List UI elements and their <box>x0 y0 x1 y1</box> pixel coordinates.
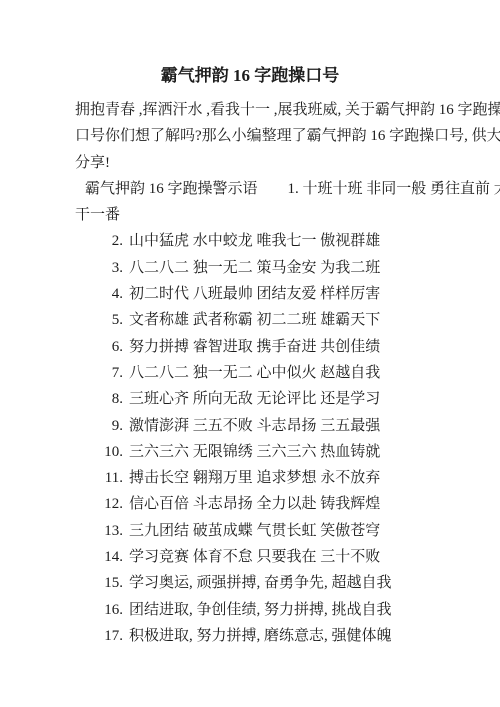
list-item-number: 8. <box>75 386 123 412</box>
list-item-number: 12. <box>75 491 123 517</box>
list-item-number: 3. <box>75 255 123 281</box>
list-item-text: 八二八二 独一无二 策马金安 为我二班 <box>123 255 380 281</box>
list-item-text: 学习奥运, 顽强拼搏, 奋勇争先, 超越自我 <box>123 570 392 596</box>
list-item-text: 八二八二 独一无二 心中似火 赵越自我 <box>123 360 380 386</box>
list-item-text: 三九团结 破茧成蝶 气贯长虹 笑傲苍穹 <box>123 518 380 544</box>
list-item-number: 16. <box>75 597 123 623</box>
list-item-text: 山中猛虎 水中蛟龙 唯我七一 傲视群雄 <box>123 228 380 254</box>
list-item-text: 三班心齐 所向无敌 无论评比 还是学习 <box>123 386 380 412</box>
list-item-number: 7. <box>75 360 123 386</box>
intro-line-3: 分享! <box>75 150 460 176</box>
list-item: 10. 三六三六 无限锦绣 三六三六 热血铸就 <box>75 439 460 465</box>
list-item: 8. 三班心齐 所向无敌 无论评比 还是学习 <box>75 386 460 412</box>
list-item-number: 13. <box>75 518 123 544</box>
list-item-text: 激情澎湃 三五不败 斗志昂扬 三五最强 <box>123 413 380 439</box>
list-item: 9. 激情澎湃 三五不败 斗志昂扬 三五最强 <box>75 413 460 439</box>
intro-line-1: 拥抱青春 ,挥洒汗水 ,看我十一 ,展我班威, 关于霸气押韵 16 字跑操 <box>75 97 460 123</box>
section-line-2: 干一番 <box>75 202 460 228</box>
list-item-number: 5. <box>75 307 123 333</box>
list-item-number: 15. <box>75 570 123 596</box>
list-item-text: 文者称雄 武者称霸 初二二班 雄霸天下 <box>123 307 380 333</box>
section-paragraph: 霸气押韵 16 字跑操警示语 1. 十班十班 非同一般 勇往直前 大 干一番 <box>75 176 460 229</box>
list-item: 3. 八二八二 独一无二 策马金安 为我二班 <box>75 255 460 281</box>
list-item-text: 搏击长空 翱翔万里 追求梦想 永不放弃 <box>123 465 380 491</box>
list-item: 7. 八二八二 独一无二 心中似火 赵越自我 <box>75 360 460 386</box>
list-item-text: 积极进取, 努力拼搏, 磨练意志, 强健体魄 <box>123 623 392 649</box>
list-item-number: 4. <box>75 281 123 307</box>
list-item: 16. 团结进取, 争创佳绩, 努力拼搏, 挑战自我 <box>75 597 460 623</box>
list-item-number: 2. <box>75 228 123 254</box>
list-item-number: 14. <box>75 544 123 570</box>
list-item: 4. 初二时代 八班最帅 团结友爱 样样厉害 <box>75 281 460 307</box>
page-title: 霸气押韵 16 字跑操口号 <box>75 64 425 88</box>
list-item-text: 努力拼搏 睿智进取 携手奋进 共创佳绩 <box>123 334 380 360</box>
list-item-text: 初二时代 八班最帅 团结友爱 样样厉害 <box>123 281 380 307</box>
list-item: 12. 信心百倍 斗志昂扬 全力以赴 铸我辉煌 <box>75 491 460 517</box>
intro-line-2: 口号你们想了解吗?那么小编整理了霸气押韵 16 字跑操口号, 供大家 <box>75 123 460 149</box>
list-item: 17. 积极进取, 努力拼搏, 磨练意志, 强健体魄 <box>75 623 460 649</box>
list-item-number: 17. <box>75 623 123 649</box>
list-item: 13. 三九团结 破茧成蝶 气贯长虹 笑傲苍穹 <box>75 518 460 544</box>
list-item: 15. 学习奥运, 顽强拼搏, 奋勇争先, 超越自我 <box>75 570 460 596</box>
slogan-list: 2. 山中猛虎 水中蛟龙 唯我七一 傲视群雄 3. 八二八二 独一无二 策马金安… <box>75 228 460 649</box>
list-item-number: 11. <box>75 465 123 491</box>
list-item-number: 10. <box>75 439 123 465</box>
intro-paragraph: 拥抱青春 ,挥洒汗水 ,看我十一 ,展我班威, 关于霸气押韵 16 字跑操 口号… <box>75 97 460 176</box>
list-item: 11. 搏击长空 翱翔万里 追求梦想 永不放弃 <box>75 465 460 491</box>
list-item-text: 信心百倍 斗志昂扬 全力以赴 铸我辉煌 <box>123 491 380 517</box>
list-item: 14. 学习竞赛 体育不怠 只要我在 三十不败 <box>75 544 460 570</box>
list-item: 6. 努力拼搏 睿智进取 携手奋进 共创佳绩 <box>75 334 460 360</box>
list-item-text: 三六三六 无限锦绣 三六三六 热血铸就 <box>123 439 380 465</box>
document-page: 霸气押韵 16 字跑操口号 拥抱青春 ,挥洒汗水 ,看我十一 ,展我班威, 关于… <box>0 0 500 649</box>
list-item-number: 9. <box>75 413 123 439</box>
list-item-text: 团结进取, 争创佳绩, 努力拼搏, 挑战自我 <box>123 597 392 623</box>
section-line-1: 霸气押韵 16 字跑操警示语 1. 十班十班 非同一般 勇往直前 大 <box>75 176 460 202</box>
list-item-number: 6. <box>75 334 123 360</box>
list-item: 5. 文者称雄 武者称霸 初二二班 雄霸天下 <box>75 307 460 333</box>
list-item-text: 学习竞赛 体育不怠 只要我在 三十不败 <box>123 544 380 570</box>
list-item: 2. 山中猛虎 水中蛟龙 唯我七一 傲视群雄 <box>75 228 460 254</box>
